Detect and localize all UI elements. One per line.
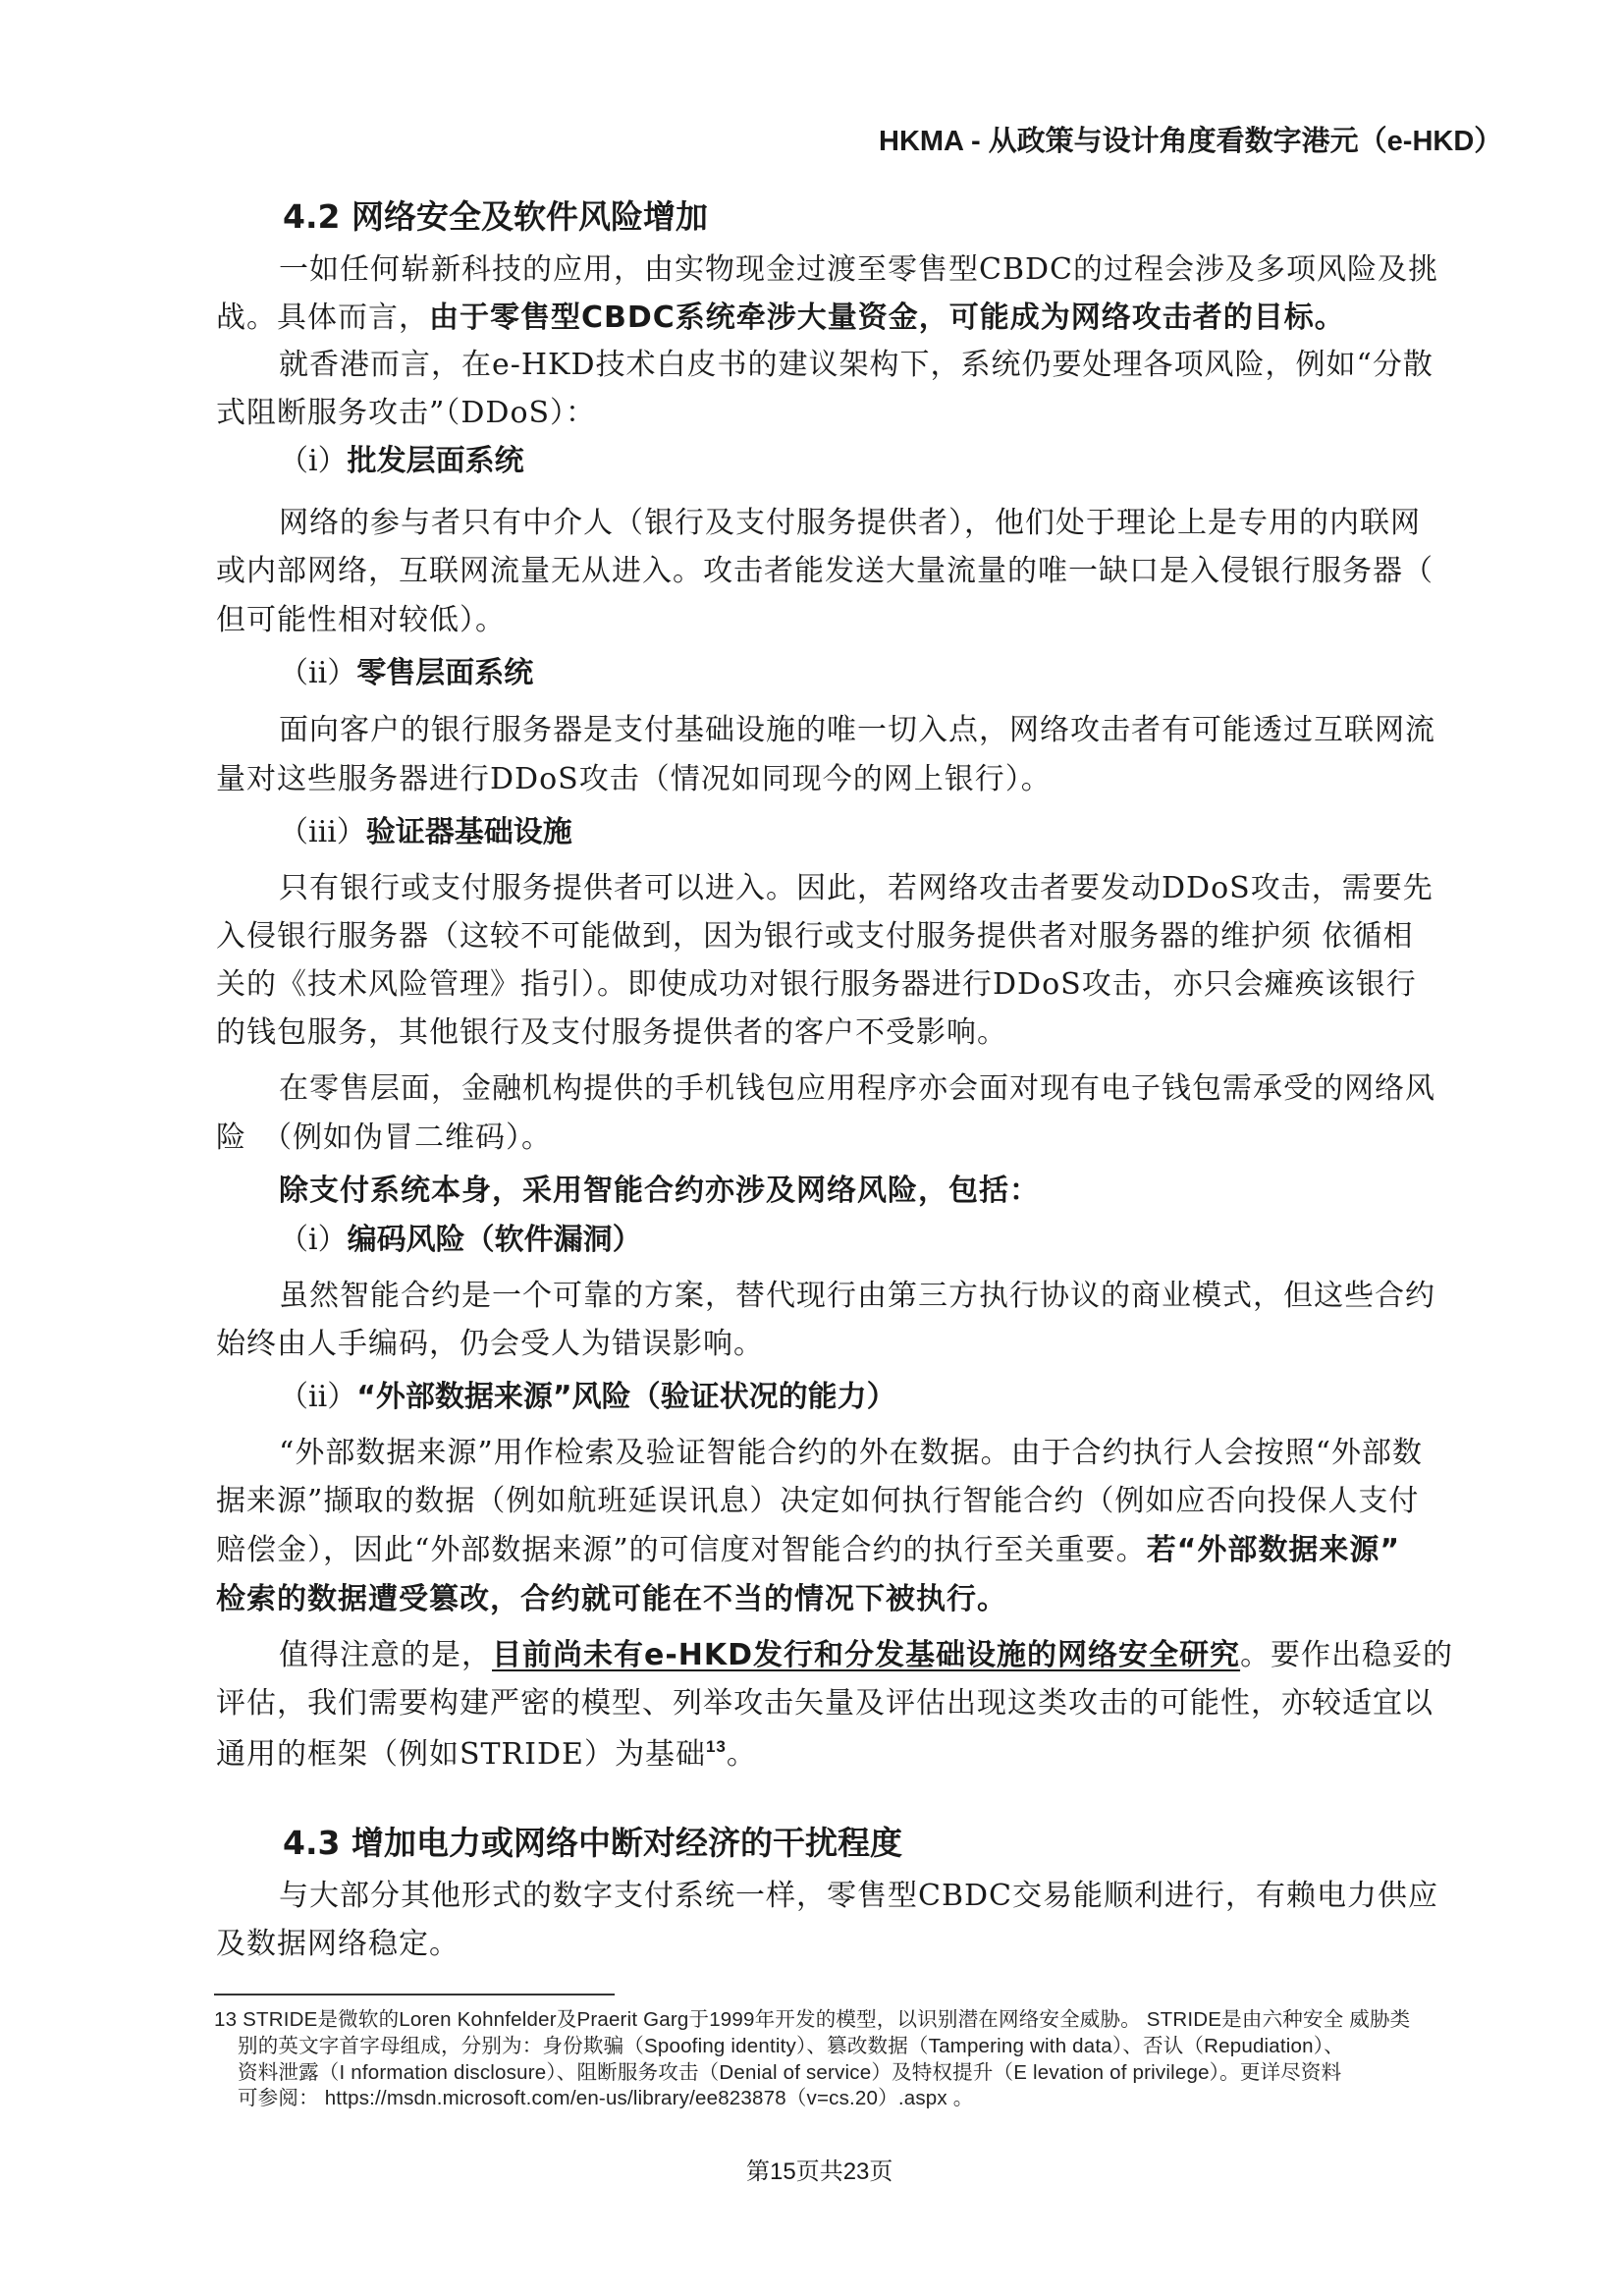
normal-text: 值得注意的是， <box>279 1638 492 1672</box>
paragraph-line: 就香港而言，在e-HKD技术白皮书的建议架构下，系统仍要处理各项风险，例如“分散 <box>279 351 1434 380</box>
subheading-title: 验证器基础设施 <box>366 815 572 849</box>
subheading-oracle-risk: （ii）“外部数据来源”风险（验证状况的能力） <box>279 1383 896 1412</box>
paragraph-line: 与大部分其他形式的数字支付系统一样，零售型CBDC交易能顺利进行，有赖电力供应 <box>279 1882 1438 1911</box>
paragraph-line: 入侵银行服务器（这较不可能做到，因为银行或支付服务提供者对服务器的维护须 依循相 <box>216 922 1414 952</box>
footnote-separator <box>214 1994 615 1995</box>
normal-text: 。 <box>727 1737 757 1772</box>
paragraph-line: 赔偿金），因此“外部数据来源”的可信度对智能合约的执行至关重要。若“外部数据来源… <box>216 1536 1400 1565</box>
paragraph-line: 网络的参与者只有中介人（银行及支付服务提供者），他们处于理论上是专用的内联网 <box>279 509 1421 538</box>
emphasis-text: 若“外部数据来源” <box>1147 1533 1400 1567</box>
bold-lead-sentence: 除支付系统本身，采用智能合约亦涉及网络风险，包括： <box>279 1176 1040 1206</box>
footnote-line: 别的英文字首字母组成，分别为：身份欺骗（Spoofing identity）、篡… <box>238 2037 1344 2057</box>
subheading-number: （ii） <box>279 656 356 690</box>
running-header: HKMA - 从政策与设计角度看数字港元（e-HKD） <box>879 128 1502 156</box>
footnote-line: 13 STRIDE是微软的Loren Kohnfelder及Praerit Ga… <box>214 2010 1410 2031</box>
normal-text: 通用的框架（例如STRIDE）为基础 <box>216 1737 706 1772</box>
paragraph-line: 只有银行或支付服务提供者可以进入。因此，若网络攻击者要发动DDoS攻击，需要先 <box>279 874 1434 903</box>
underlined-emphasis-text: 目前尚未有e-HKD发行和分发基础设施的网络安全研究 <box>492 1638 1240 1672</box>
subheading-number: （ii） <box>279 1380 356 1414</box>
paragraph-line: 一如任何崭新科技的应用，由实物现金过渡至零售型CBDC的过程会涉及多项风险及挑 <box>279 255 1438 285</box>
paragraph-line: 或内部网络，互联网流量无从进入。攻击者能发送大量流量的唯一缺口是入侵银行服务器（ <box>216 557 1434 586</box>
page-number: 第15页共23页 <box>746 2160 893 2184</box>
paragraph-line: 的钱包服务，其他银行及支付服务提供者的客户不受影响。 <box>216 1018 1007 1048</box>
paragraph-line: 评估，我们需要构建严密的模型、列举攻击矢量及评估出现这类攻击的可能性，亦较适宜以 <box>216 1689 1434 1719</box>
subheading-title: 零售层面系统 <box>356 656 533 690</box>
footnote-line: 资料泄露（I nformation disclosure）、阻断服务攻击（Den… <box>238 2063 1341 2084</box>
footnote-line: 可参阅： https://msdn.microsoft.com/en-us/li… <box>238 2089 973 2109</box>
subheading-coding-risk: （i）编码风险（软件漏洞） <box>279 1226 642 1255</box>
paragraph-line: 战。具体而言，由于零售型CBDC系统牵涉大量资金，可能成为网络攻击者的目标。 <box>216 303 1345 333</box>
paragraph-line: 始终由人手编码，仍会受人为错误影响。 <box>216 1330 764 1359</box>
emphasis-text: 由于零售型CBDC系统牵涉大量资金，可能成为网络攻击者的目标。 <box>429 301 1345 335</box>
footnote-reference[interactable]: 13 <box>706 1737 727 1756</box>
normal-text: 。要作出稳妥的 <box>1240 1638 1453 1672</box>
paragraph-line: 及数据网络稳定。 <box>216 1930 460 1959</box>
paragraph-line: 式阻断服务攻击”（DDoS）： <box>216 399 596 428</box>
normal-text: 战。具体而言， <box>216 301 429 335</box>
subheading-title: “外部数据来源”风险（验证状况的能力） <box>356 1380 895 1414</box>
subheading-title: 批发层面系统 <box>348 444 524 478</box>
paragraph-line: 面向客户的银行服务器是支付基础设施的唯一切入点，网络攻击者有可能透过互联网流 <box>279 716 1435 745</box>
section-heading-4-2: 4.2 网络安全及软件风险增加 <box>283 200 708 233</box>
paragraph-line: 通用的框架（例如STRIDE）为基础13。 <box>216 1738 757 1770</box>
paragraph-line: 据来源”撷取的数据（例如航班延误讯息）决定如何执行智能合约（例如应否向投保人支付 <box>216 1487 1419 1516</box>
emphasis-line: 检索的数据遭受篡改，合约就可能在不当的情况下被执行。 <box>216 1585 1007 1614</box>
paragraph-line: 量对这些服务器进行DDoS攻击（情况如同现今的网上银行）。 <box>216 765 1052 794</box>
subheading-validator: （iii）验证器基础设施 <box>279 818 572 847</box>
subheading-title: 编码风险（软件漏洞） <box>348 1223 642 1257</box>
subheading-number: （i） <box>279 1223 348 1257</box>
paragraph-line: 但可能性相对较低）。 <box>216 606 506 635</box>
paragraph-line: 险 （例如伪冒二维码）。 <box>216 1123 552 1153</box>
paragraph-line: 虽然智能合约是一个可靠的方案，替代现行由第三方执行协议的商业模式，但这些合约 <box>279 1282 1435 1311</box>
paragraph-line: 关的《技术风险管理》指引）。即使成功对银行服务器进行DDoS攻击，亦只会瘫痪该银… <box>216 970 1417 1000</box>
paragraph-line: “外部数据来源”用作检索及验证智能合约的外在数据。由于合约执行人会按照“外部数 <box>279 1439 1423 1468</box>
subheading-wholesale: （i）批发层面系统 <box>279 447 524 476</box>
paragraph-line: 值得注意的是，目前尚未有e-HKD发行和分发基础设施的网络安全研究。要作出稳妥的 <box>279 1641 1453 1670</box>
paragraph-line: 在零售层面，金融机构提供的手机钱包应用程序亦会面对现有电子钱包需承受的网络风 <box>279 1074 1435 1104</box>
subheading-number: （iii） <box>279 815 366 849</box>
subheading-retail: （ii）零售层面系统 <box>279 659 533 688</box>
section-heading-4-3: 4.3 增加电力或网络中断对经济的干扰程度 <box>283 1827 902 1859</box>
normal-text: 赔偿金），因此“外部数据来源”的可信度对智能合约的执行至关重要。 <box>216 1533 1147 1567</box>
subheading-number: （i） <box>279 444 348 478</box>
